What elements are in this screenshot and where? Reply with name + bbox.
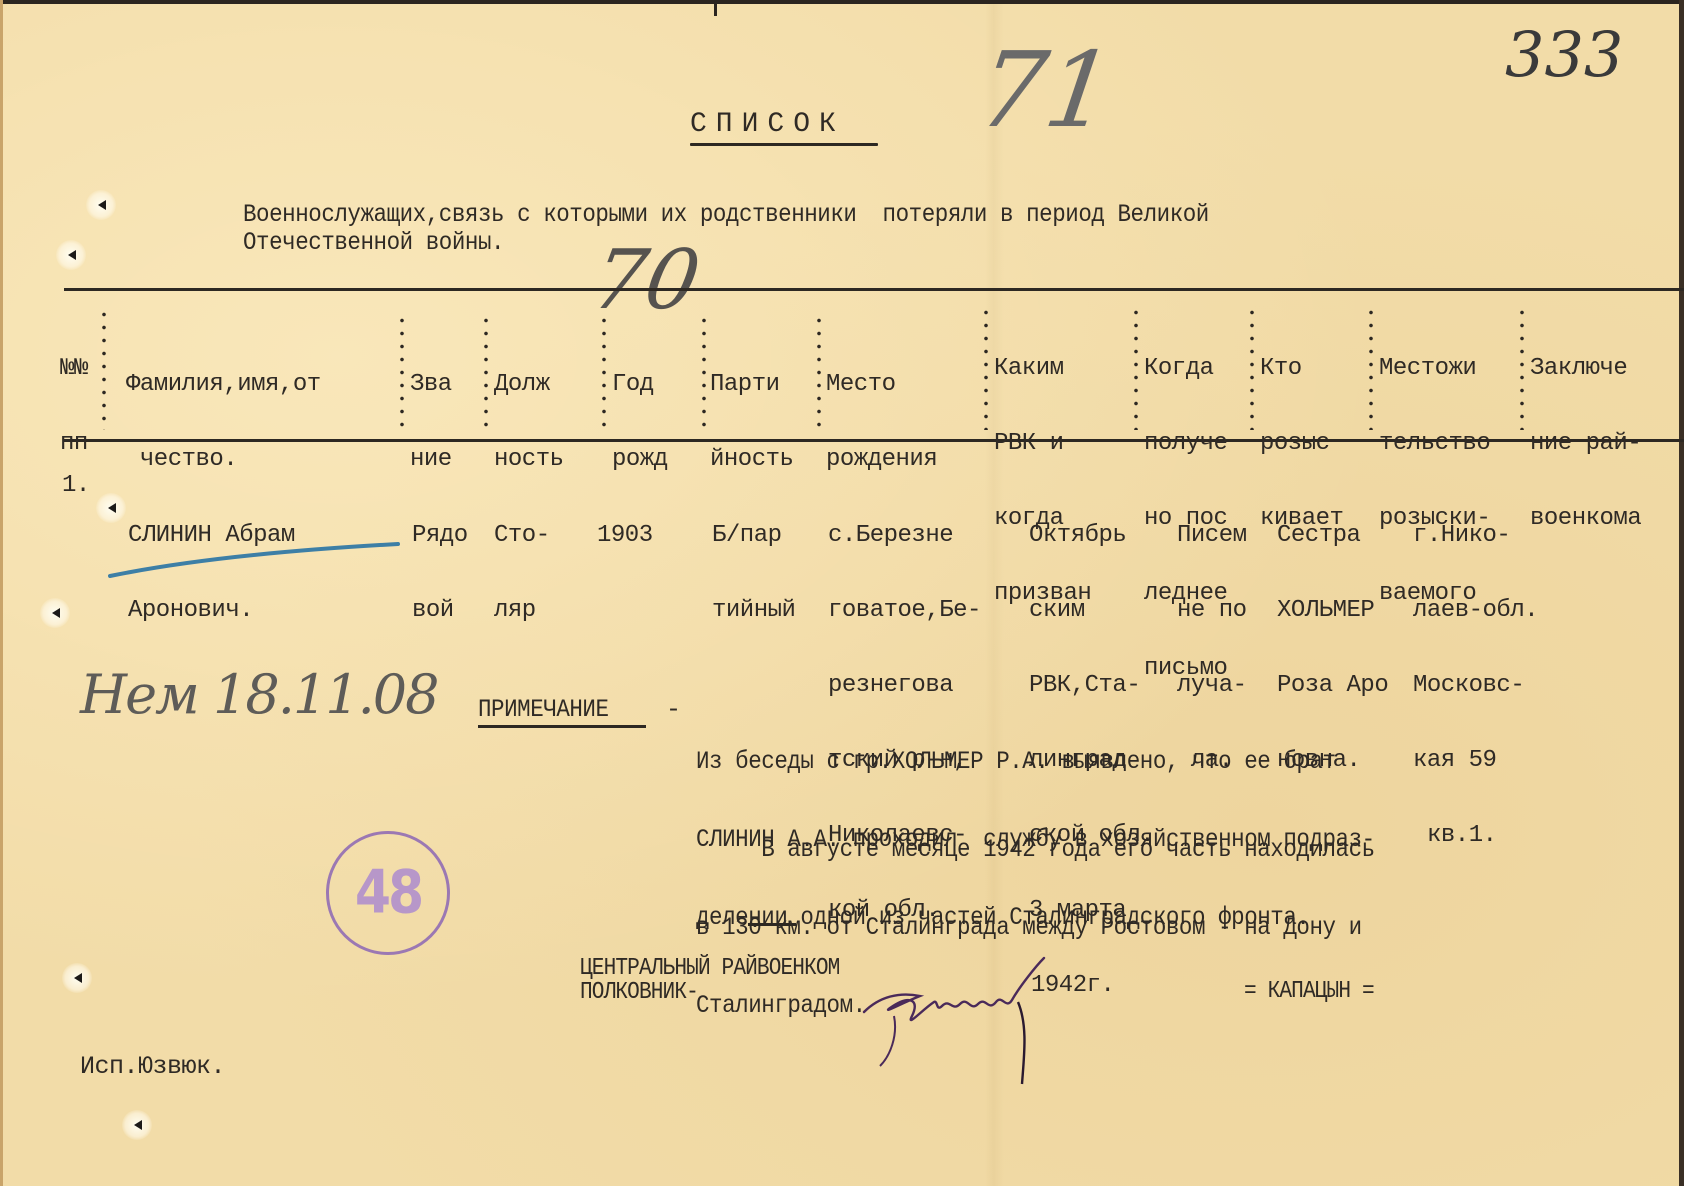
table-top-rule	[64, 288, 1684, 291]
handwritten-margin-note: Нем 18.11.08	[80, 665, 437, 725]
handwritten-archive-page: 333	[1505, 24, 1623, 86]
executor-line: Исп.Юзвюк.	[80, 1054, 225, 1080]
punch-hole	[96, 493, 126, 523]
header-conclusion: Заключе ние рай- военкома	[1530, 306, 1641, 556]
column-separator	[1520, 306, 1524, 430]
header-party: Парти йность	[710, 322, 793, 497]
column-separator	[702, 314, 706, 430]
note-label: ПРИМЕЧАНИЕ	[478, 697, 609, 723]
cell-rank: Рядо вой	[412, 473, 468, 648]
column-separator	[484, 314, 488, 430]
header-number: №№ пп	[60, 306, 88, 481]
column-separator	[817, 314, 821, 430]
column-separator	[1134, 306, 1138, 430]
punch-hole	[62, 963, 92, 993]
cell-party: Б/пар тийный	[712, 473, 795, 648]
handwritten-sheet-number: 71	[973, 38, 1120, 142]
column-separator	[102, 308, 106, 430]
signatory-rank: ПОЛКОВНИК-	[580, 981, 698, 1005]
punch-hole	[56, 240, 86, 270]
header-position: Долж ность	[494, 322, 564, 497]
document-subtitle-line-1: Военнослужащих,связь с которыми их родст…	[243, 202, 1209, 228]
column-separator	[400, 314, 404, 430]
header-name: Фамилия,имя,от чество.	[126, 322, 321, 497]
round-stamp: 48	[326, 831, 450, 955]
title-underline	[690, 143, 878, 146]
page-top-edge	[0, 0, 1684, 4]
column-separator	[984, 306, 988, 430]
note-label-underline	[478, 725, 646, 728]
page-left-edge	[0, 0, 3, 1186]
row-number: 1.	[62, 473, 90, 498]
top-notch	[714, 0, 717, 16]
separator-dash	[748, 923, 796, 926]
punch-hole	[122, 1110, 152, 1140]
document-title: СПИСОК	[690, 112, 845, 138]
header-birthplace: Место рождения	[826, 322, 937, 497]
column-separator	[602, 314, 606, 430]
cell-position: Сто- ляр	[494, 473, 550, 648]
document-subtitle-line-2: Отечественной войны.	[243, 230, 504, 256]
header-rank: Зва ние	[410, 322, 452, 497]
page-right-edge	[1679, 0, 1684, 1186]
note-dash: -	[666, 697, 681, 723]
blue-pencil-mark	[108, 542, 400, 578]
column-separator	[1250, 306, 1254, 430]
signatory-name: = КАПАЦЫН =	[1244, 980, 1374, 1004]
cell-birth-year: 1903	[597, 473, 653, 573]
handwritten-signature	[860, 956, 1110, 1086]
cell-searcher-address: г.Нико- лаев-обл. Московс- кая 59 кв.1.	[1413, 473, 1538, 873]
stamp-number: 48	[355, 859, 421, 928]
header-birth-year: Год рожд	[612, 322, 668, 497]
handwritten-crossed-number: 70	[587, 240, 706, 322]
column-separator	[1369, 306, 1373, 430]
punch-hole	[86, 190, 116, 220]
punch-hole	[40, 598, 70, 628]
signatory-organization: ЦЕНТРАЛЬНЫЙ РАЙВОЕНКОМ	[580, 957, 839, 981]
